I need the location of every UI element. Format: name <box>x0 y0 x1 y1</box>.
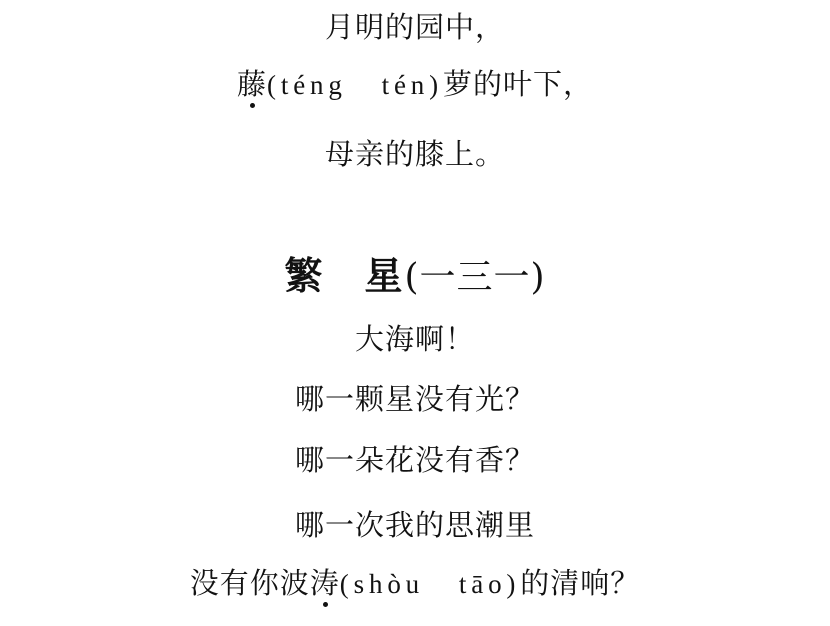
poem1-line1: 月明的园中， <box>0 9 830 45</box>
poem2-line3: 哪一朵花没有香？ <box>0 442 830 478</box>
emphasized-char-teng: 藤 <box>237 66 267 102</box>
emphasized-char-tao: 涛 <box>310 565 340 601</box>
poem1-line3: 母亲的膝上。 <box>0 136 830 172</box>
poem1-line2-rest: 萝的叶下， <box>443 67 593 101</box>
worksheet-page: 月明的园中， 藤(téng tén)萝的叶下， 母亲的膝上。 繁 星(一三一) … <box>0 0 830 626</box>
poem2-title: 繁 星(一三一) <box>0 252 830 302</box>
pinyin-choices-tao: (shòu tāo) <box>340 569 521 599</box>
pinyin-choices-teng: (téng tén) <box>267 70 443 100</box>
poem2-title-number: (一三一) <box>404 257 545 298</box>
poem2-line2: 哪一颗星没有光？ <box>0 381 830 417</box>
poem2-line5-pre: 没有你波 <box>190 566 310 600</box>
poem2-line5: 没有你波涛(shòu tāo)的清响？ <box>0 565 830 602</box>
poem2-line5-post: 的清响？ <box>520 566 640 600</box>
poem2-title-name: 繁 星 <box>284 253 404 298</box>
poem2-line1: 大海啊！ <box>0 321 830 357</box>
poem2-line4: 哪一次我的思潮里 <box>0 507 830 543</box>
poem1-line2: 藤(téng tén)萝的叶下， <box>0 66 830 103</box>
